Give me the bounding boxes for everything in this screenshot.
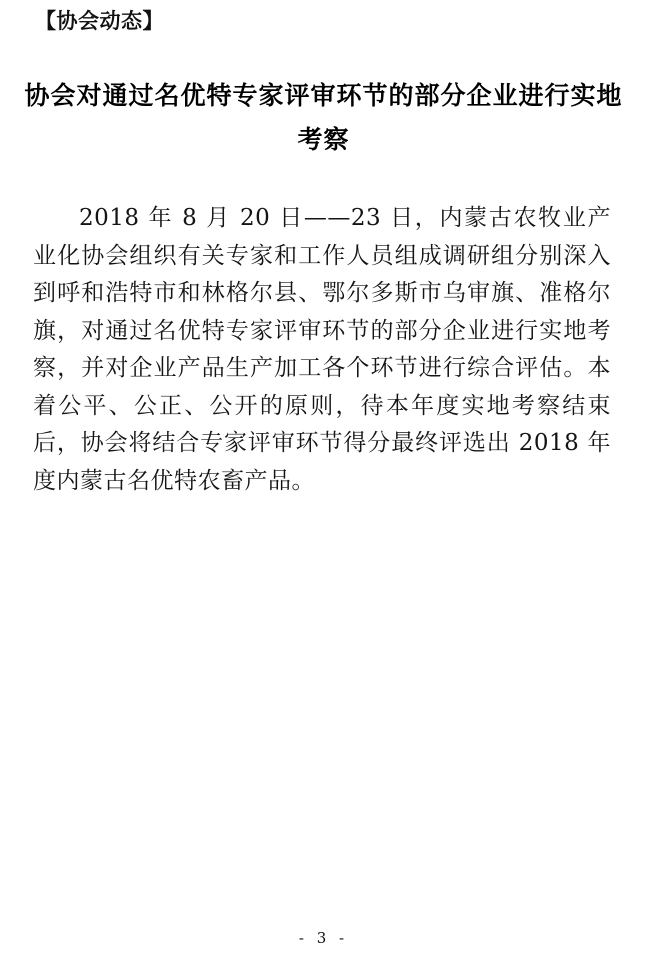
article-title-line-2: 考察: [20, 118, 627, 162]
article-title: 协会对通过名优特专家评审环节的部分企业进行实地 考察: [20, 74, 627, 162]
document-page: 【协会动态】 协会对通过名优特专家评审环节的部分企业进行实地 考察 2018 年…: [0, 0, 647, 974]
section-tag: 【协会动态】: [35, 8, 164, 34]
article-body: 2018 年 8 月 20 日——23 日，内蒙古农牧业产业化协会组织有关专家和…: [33, 200, 611, 500]
page-number: - 3 -: [0, 929, 647, 947]
article-title-line-1: 协会对通过名优特专家评审环节的部分企业进行实地: [20, 74, 627, 118]
body-paragraph: 2018 年 8 月 20 日——23 日，内蒙古农牧业产业化协会组织有关专家和…: [33, 200, 611, 500]
